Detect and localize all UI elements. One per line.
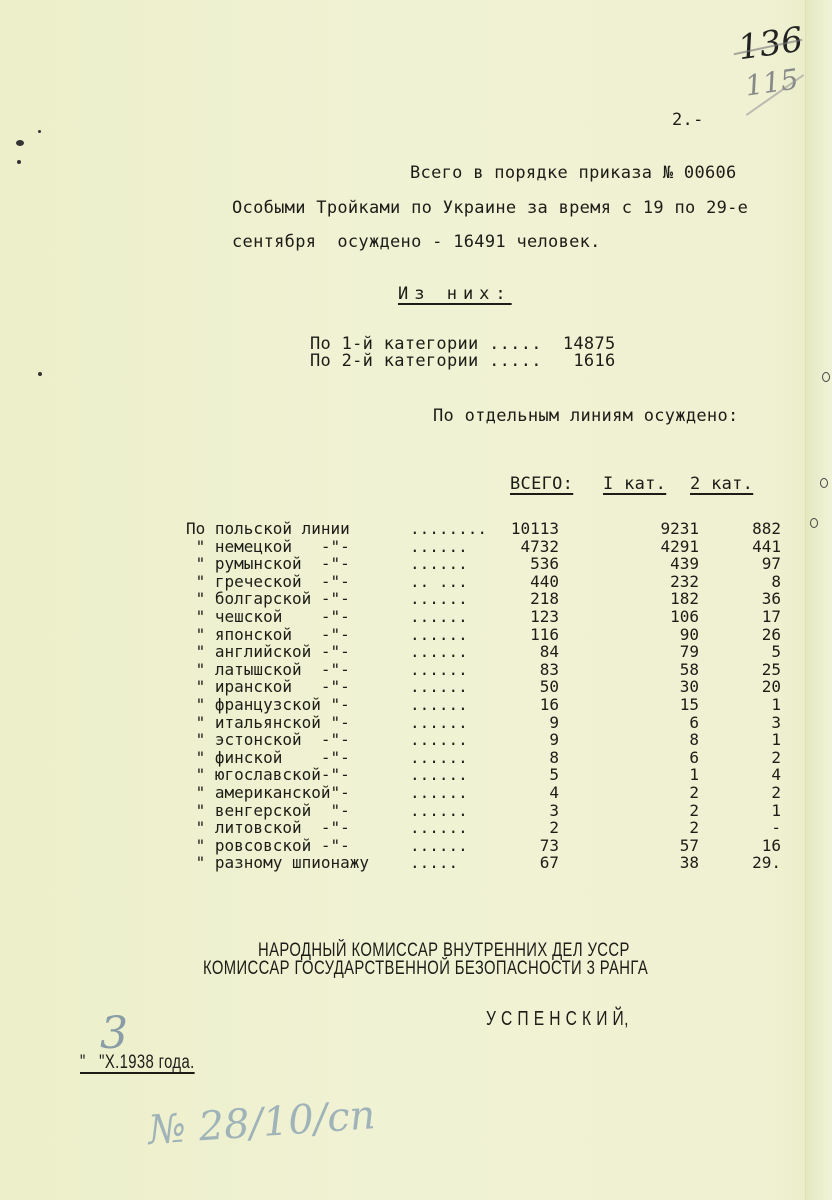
row-total: 83 (487, 661, 559, 679)
convictions-table: По польской линии........101139231882 " … (186, 520, 781, 872)
row-cat2: 4 (699, 766, 781, 784)
row-cat2: 36 (699, 590, 781, 608)
row-line-name: " литовской -"- (186, 819, 410, 837)
row-cat2: 8 (699, 573, 781, 591)
table-row: " ровсовской -"-......735716 (186, 837, 781, 855)
punch-hole (820, 478, 828, 488)
row-cat1: 38 (559, 854, 699, 872)
table-row: " японской -"-......1169026 (186, 626, 781, 644)
row-dots: ...... (410, 696, 487, 714)
row-line-name: " румынской -"- (186, 555, 410, 573)
row-line-name: " разному шпионажу (186, 854, 410, 872)
table-row: " американской"-......422 (186, 784, 781, 802)
row-total: 4 (487, 784, 559, 802)
row-cat2: 1 (699, 802, 781, 820)
page-number: 2.- (672, 110, 704, 130)
row-cat1: 2 (559, 819, 699, 837)
row-total: 9 (487, 731, 559, 749)
row-total: 50 (487, 678, 559, 696)
row-total: 8 (487, 749, 559, 767)
table-row: По польской линии........101139231882 (186, 520, 781, 538)
row-cat2: 25 (699, 661, 781, 679)
row-cat1: 79 (559, 643, 699, 661)
row-total: 73 (487, 837, 559, 855)
row-total: 116 (487, 626, 559, 644)
row-dots: ...... (410, 590, 487, 608)
row-cat2: 26 (699, 626, 781, 644)
handwritten-day: 3 (100, 1008, 128, 1059)
row-dots: ...... (410, 626, 487, 644)
row-cat2: 16 (699, 837, 781, 855)
row-line-name: " японской -"- (186, 626, 410, 644)
row-cat1: 2 (559, 784, 699, 802)
row-dots: ........ (410, 520, 487, 538)
row-line-name: " венгерской "- (186, 802, 410, 820)
row-line-name: " югославской-"- (186, 766, 410, 784)
row-cat1: 15 (559, 696, 699, 714)
header-cat1: I кат. (603, 474, 666, 494)
ink-speck (16, 140, 24, 146)
row-total: 9 (487, 714, 559, 732)
row-cat2: 1 (699, 731, 781, 749)
category-2-summary: По 2-й категории ..... 1616 (310, 353, 616, 370)
row-total: 4732 (487, 538, 559, 556)
row-cat1: 1 (559, 766, 699, 784)
row-cat1: 439 (559, 555, 699, 573)
table-row: " венгерской "-......321 (186, 802, 781, 820)
row-cat1: 8 (559, 731, 699, 749)
row-cat1: 4291 (559, 538, 699, 556)
row-cat1: 6 (559, 749, 699, 767)
row-line-name: " греческой -"- (186, 573, 410, 591)
row-dots: ..... (410, 854, 487, 872)
row-line-name: " итальянской "- (186, 714, 410, 732)
table-row: " румынской -"-......53643997 (186, 555, 781, 573)
row-cat2: 29. (699, 854, 781, 872)
row-total: 2 (487, 819, 559, 837)
row-cat2: 5 (699, 643, 781, 661)
row-dots: ...... (410, 802, 487, 820)
row-cat2: - (699, 819, 781, 837)
row-cat1: 2 (559, 802, 699, 820)
row-cat1: 106 (559, 608, 699, 626)
row-cat1: 90 (559, 626, 699, 644)
row-cat1: 57 (559, 837, 699, 855)
intro-line-3: сентября осуждено - 16491 человек. (232, 232, 601, 252)
table-row: " итальянской "-......963 (186, 714, 781, 732)
of-them-heading: Из них: (398, 284, 512, 304)
row-total: 440 (487, 573, 559, 591)
row-total: 5 (487, 766, 559, 784)
row-cat2: 97 (699, 555, 781, 573)
row-dots: ...... (410, 766, 487, 784)
row-total: 16 (487, 696, 559, 714)
row-dots: ...... (410, 678, 487, 696)
header-total: ВСЕГО: (510, 474, 573, 494)
table-row: " немецкой -"-......47324291441 (186, 538, 781, 556)
row-cat1: 6 (559, 714, 699, 732)
table-row: " литовской -"-......22- (186, 819, 781, 837)
row-total: 536 (487, 555, 559, 573)
page-edge (805, 0, 832, 1200)
row-cat2: 441 (699, 538, 781, 556)
punch-hole (822, 372, 830, 382)
row-cat1: 232 (559, 573, 699, 591)
row-cat1: 9231 (559, 520, 699, 538)
row-line-name: " эстонской -"- (186, 731, 410, 749)
row-dots: ...... (410, 819, 487, 837)
ink-speck (17, 160, 21, 164)
row-dots: .. ... (410, 573, 487, 591)
row-line-name: " финской -"- (186, 749, 410, 767)
document-date: " "X.1938 года. (80, 1052, 195, 1074)
row-cat1: 58 (559, 661, 699, 679)
row-dots: ...... (410, 608, 487, 626)
table-row: " французской "-......16151 (186, 696, 781, 714)
punch-hole (810, 518, 818, 528)
table-row: " чешской -"-......12310617 (186, 608, 781, 626)
row-dots: ...... (410, 643, 487, 661)
row-cat2: 1 (699, 696, 781, 714)
table-row: " латышской -"-......835825 (186, 661, 781, 679)
row-total: 67 (487, 854, 559, 872)
table-row: " иранской -"-......503020 (186, 678, 781, 696)
row-line-name: " чешской -"- (186, 608, 410, 626)
row-total: 3 (487, 802, 559, 820)
row-line-name: " болгарской -"- (186, 590, 410, 608)
row-dots: ...... (410, 555, 487, 573)
table-row: " разному шпионажу.....673829. (186, 854, 781, 872)
ink-speck (38, 130, 41, 133)
row-line-name: " иранской -"- (186, 678, 410, 696)
row-dots: ...... (410, 538, 487, 556)
row-dots: ...... (410, 714, 487, 732)
row-dots: ...... (410, 749, 487, 767)
row-total: 123 (487, 608, 559, 626)
table-row: " эстонской -"-......981 (186, 731, 781, 749)
row-total: 218 (487, 590, 559, 608)
row-dots: ...... (410, 784, 487, 802)
table-row: " греческой -"-.. ...4402328 (186, 573, 781, 591)
row-cat1: 30 (559, 678, 699, 696)
intro-line-2: Особыми Тройками по Украине за время с 1… (232, 198, 748, 218)
table-row: " финской -"-......862 (186, 749, 781, 767)
row-total: 10113 (487, 520, 559, 538)
row-line-name: " латышской -"- (186, 661, 410, 679)
row-line-name: " английской -"- (186, 643, 410, 661)
row-total: 84 (487, 643, 559, 661)
row-line-name: " немецкой -"- (186, 538, 410, 556)
table-row: " болгарской -"-......21818236 (186, 590, 781, 608)
row-cat1: 182 (559, 590, 699, 608)
signature-title-2: КОМИССАР ГОСУДАРСТВЕННОЙ БЕЗОПАСНОСТИ 3 … (203, 958, 648, 980)
row-line-name: " французской "- (186, 696, 410, 714)
row-cat2: 20 (699, 678, 781, 696)
row-cat2: 17 (699, 608, 781, 626)
row-cat2: 3 (699, 714, 781, 732)
ink-speck (38, 372, 42, 376)
row-line-name: По польской линии (186, 520, 410, 538)
row-cat2: 882 (699, 520, 781, 538)
signatory-name: У С П Е Н С К И Й, (486, 1008, 629, 1031)
row-dots: ...... (410, 731, 487, 749)
by-lines-heading: По отдельным линиям осуждено: (433, 406, 739, 426)
table-row: " югославской-"-......514 (186, 766, 781, 784)
row-line-name: " американской"- (186, 784, 410, 802)
row-line-name: " ровсовской -"- (186, 837, 410, 855)
table-row: " английской -"-......84795 (186, 643, 781, 661)
row-dots: ...... (410, 661, 487, 679)
row-cat2: 2 (699, 784, 781, 802)
header-cat2: 2 кат. (690, 474, 753, 494)
row-cat2: 2 (699, 749, 781, 767)
row-dots: ...... (410, 837, 487, 855)
intro-line-1: Всего в порядке приказа № 00606 (410, 163, 737, 183)
